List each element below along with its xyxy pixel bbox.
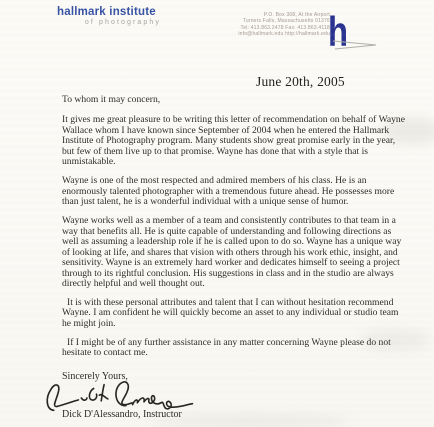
org-subtitle: of photography: [57, 19, 161, 26]
contact-line: info@hallmark.edu http://hallmark.edu: [196, 31, 330, 37]
letter-paragraph: Wayne is one of the most respected and a…: [62, 176, 406, 207]
letterhead-contact-block: P.O. Box 308, At the AirportTurners Fall…: [196, 12, 330, 38]
letter-paragraphs: It gives me great pleasure to be writing…: [62, 115, 406, 358]
org-wordmark: hallmark institute: [57, 6, 167, 18]
letter-date: June 20th, 2005: [256, 74, 345, 90]
letter-paragraph: It is with these personal attributes and…: [62, 298, 406, 329]
letter-paragraph: It gives me great pleasure to be writing…: [62, 115, 406, 167]
scanned-letter-page: hallmark institute of photography P.O. B…: [0, 0, 434, 427]
letter-body: To whom it may concern, It gives me grea…: [62, 95, 406, 367]
letter-paragraph: If I might be of any further assistance …: [62, 338, 406, 359]
letter-paragraph: Wayne works well as a member of a team a…: [62, 216, 406, 289]
logo-swoosh-icon: [333, 36, 379, 54]
salutation: To whom it may concern,: [62, 95, 406, 105]
signer-name-line: Dick D'Alessandro, Instructor: [62, 409, 182, 420]
